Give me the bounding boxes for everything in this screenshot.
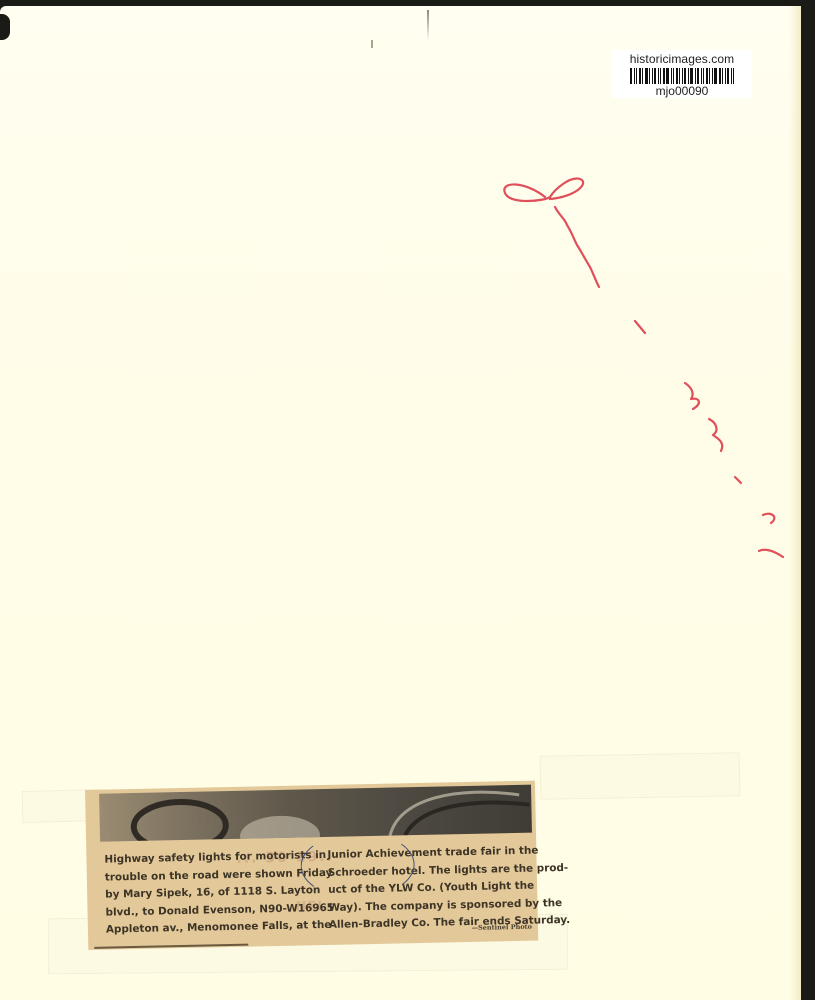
photo-credit: —Sentinel Photo [471, 923, 532, 932]
barcode-id-text: mjo00090 [612, 84, 752, 98]
clipping-photo [99, 785, 532, 842]
paper-crease [427, 10, 429, 40]
red-handwriting-icon [495, 161, 805, 581]
photo-back-paper: historicimages.com mjo00090 ... 30 19 [0, 6, 801, 1000]
barcode-icon [630, 68, 734, 84]
headlight-photo-icon [99, 785, 532, 842]
caption-line: Appleton av., Menomonee Falls, at the [106, 917, 311, 939]
corner-tear [0, 14, 10, 40]
newspaper-clipping: ... 30 19.. NEL Highway safety lights fo… [85, 781, 538, 950]
caption-column-left: Highway safety lights for motorists in t… [104, 847, 311, 939]
tape-strip [540, 752, 741, 799]
barcode-site-text: historicimages.com [612, 52, 752, 66]
barcode-label: historicimages.com mjo00090 [612, 50, 752, 98]
paper-mark [371, 40, 373, 48]
